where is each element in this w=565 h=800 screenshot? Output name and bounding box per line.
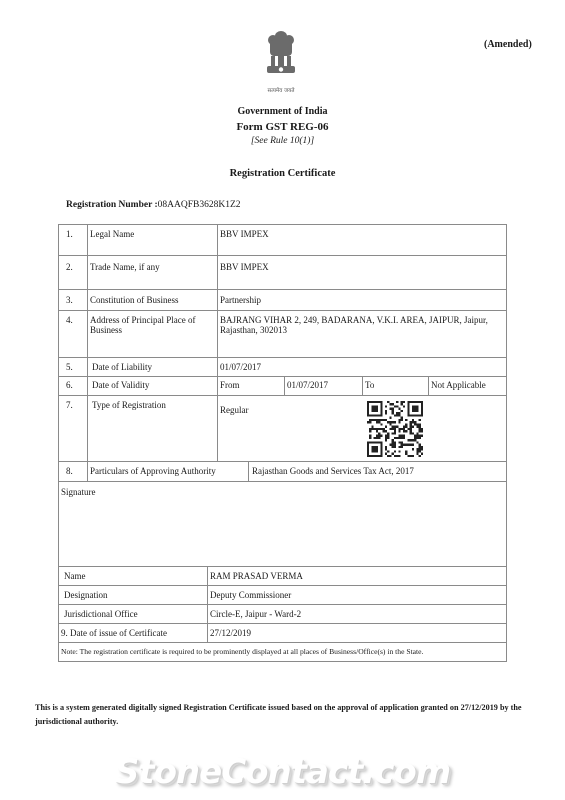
validity-from-value: 01/07/2017 [287,380,328,390]
row-8-number: 8. [66,466,73,476]
registration-number: Registration Number :08AAQFB3628K1Z2 [66,200,241,210]
validity-from-label: From [220,380,240,390]
jurisdictional-office-label: Jurisdictional Office [64,609,138,619]
validity-to-value: Not Applicable [431,380,486,390]
jurisdictional-office-value: Circle-E, Jaipur - Ward-2 [210,609,301,619]
national-emblem-icon [258,26,304,88]
date-of-liability-value: 01/07/2017 [220,362,261,372]
legal-name-label: Legal Name [90,229,134,239]
trade-name-label: Trade Name, if any [90,262,160,272]
rule-reference: [See Rule 10(1)] [0,136,565,146]
signature-label: Signature [61,487,96,497]
government-heading: Government of India [0,106,565,117]
row-1-number: 1. [66,229,73,239]
address-label: Address of Principal Place of Business [90,315,215,335]
registration-number-value: 08AAQFB3628K1Z2 [158,200,241,210]
constitution-value: Partnership [220,295,261,305]
approving-authority-label: Particulars of Approving Authority [90,466,216,476]
row-6-number: 6. [66,380,73,390]
trade-name-value: BBV IMPEX [220,262,269,272]
legal-name-value: BBV IMPEX [220,229,269,239]
row-4-number: 4. [66,315,73,325]
name-label: Name [64,571,86,581]
type-of-registration-value: Regular [220,405,249,415]
row-7-number: 7. [66,400,73,410]
row-3-number: 3. [66,295,73,305]
date-of-issue-value: 27/12/2019 [210,628,251,638]
approving-authority-value: Rajasthan Goods and Services Tax Act, 20… [252,466,414,476]
address-value: BAJRANG VIHAR 2, 249, BADARANA, V.K.I. A… [220,315,500,335]
amended-label: (Amended) [484,39,532,50]
display-note: Note: The registration certificate is re… [61,647,423,657]
qr-code-icon [367,401,423,457]
registration-number-label: Registration Number : [66,200,158,210]
date-of-validity-label: Date of Validity [92,380,149,390]
constitution-label: Constitution of Business [90,295,179,305]
date-of-issue-label: 9. Date of issue of Certificate [61,628,167,638]
validity-to-label: To [365,380,374,390]
designation-value: Deputy Commissioner [210,590,291,600]
date-of-liability-label: Date of Liability [92,362,152,372]
footer-statement: This is a system generated digitally sig… [35,701,535,729]
watermark: StoneContact.com [0,752,565,792]
certificate-title: Registration Certificate [0,168,565,179]
row-5-number: 5. [66,362,73,372]
emblem-motto: सत्यमेव जयते [248,86,314,94]
name-value: RAM PRASAD VERMA [210,571,303,581]
designation-label: Designation [64,590,108,600]
row-2-number: 2. [66,262,73,272]
form-title: Form GST REG-06 [0,121,565,133]
type-of-registration-label: Type of Registration [92,400,166,410]
